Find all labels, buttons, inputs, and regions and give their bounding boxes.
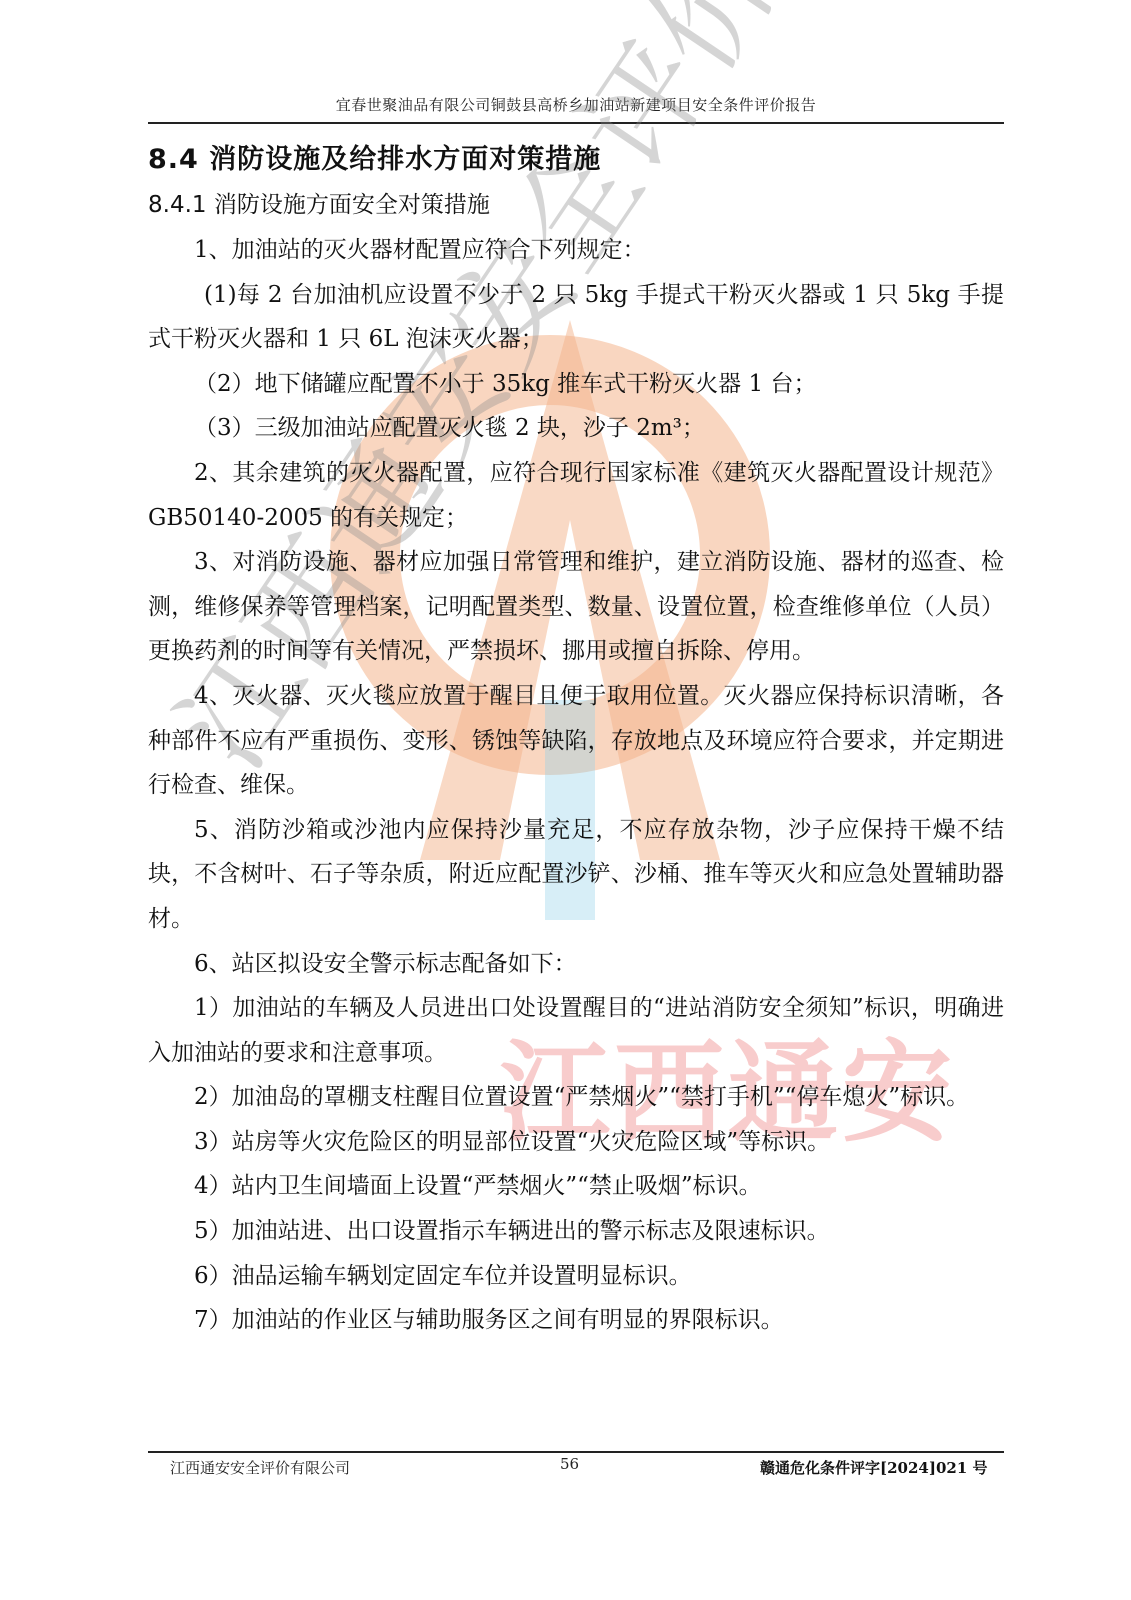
footer-doc-number: 赣通危化条件评字[2024]021 号 [760,1457,987,1478]
paragraph: （3）三级加油站应配置灭火毯 2 块，沙子 2m³； [148,406,1004,451]
page-header-title: 宜春世聚油品有限公司铜鼓县高桥乡加油站新建项目安全条件评价报告 [148,94,1004,115]
paragraph: 3、对消防设施、器材应加强日常管理和维护，建立消防设施、器材的巡查、检测，维修保… [148,540,1004,674]
paragraph: 4）站内卫生间墙面上设置“严禁烟火”“禁止吸烟”标识。 [148,1164,1004,1209]
paragraph: 1）加油站的车辆及人员进出口处设置醒目的“进站消防安全须知”标识，明确进入加油站… [148,986,1004,1075]
paragraph: 5、消防沙箱或沙池内应保持沙量充足，不应存放杂物，沙子应保持干燥不结块，不含树叶… [148,808,1004,942]
footer-divider [148,1451,1004,1453]
paragraph: 2、其余建筑的灭火器配置，应符合现行国家标准《建筑灭火器配置设计规范》GB501… [148,451,1004,540]
paragraph: （2）地下储罐应配置不小于 35kg 推车式干粉灭火器 1 台； [148,362,1004,407]
paragraph: 2）加油岛的罩棚支柱醒目位置设置“严禁烟火”“禁打手机”“停车熄火”标识。 [148,1075,1004,1120]
page-number: 56 [560,1455,579,1473]
footer-company: 江西通安安全评价有限公司 [170,1457,350,1478]
paragraph: 5）加油站进、出口设置指示车辆进出的警示标志及限速标识。 [148,1209,1004,1254]
header-divider [148,122,1004,124]
paragraph: 3）站房等火灾危险区的明显部位设置“火灾危险区域”等标识。 [148,1120,1004,1165]
paragraph: 6）油品运输车辆划定固定车位并设置明显标识。 [148,1254,1004,1299]
paragraph: 6、站区拟设安全警示标志配备如下： [148,942,1004,987]
section-heading: 8.4 消防设施及给排水方面对策措施 [148,138,1004,182]
document-body: 8.4 消防设施及给排水方面对策措施 8.4.1 消防设施方面安全对策措施 1、… [148,138,1004,1343]
subsection-heading: 8.4.1 消防设施方面安全对策措施 [148,182,1004,228]
paragraph: 7）加油站的作业区与辅助服务区之间有明显的界限标识。 [148,1298,1004,1343]
paragraph: (1)每 2 台加油机应设置不少于 2 只 5kg 手提式干粉灭火器或 1 只 … [148,273,1004,362]
paragraph: 1、加油站的灭火器材配置应符合下列规定： [148,228,1004,273]
paragraph: 4、灭火器、灭火毯应放置于醒目且便于取用位置。灭火器应保持标识清晰，各种部件不应… [148,674,1004,808]
